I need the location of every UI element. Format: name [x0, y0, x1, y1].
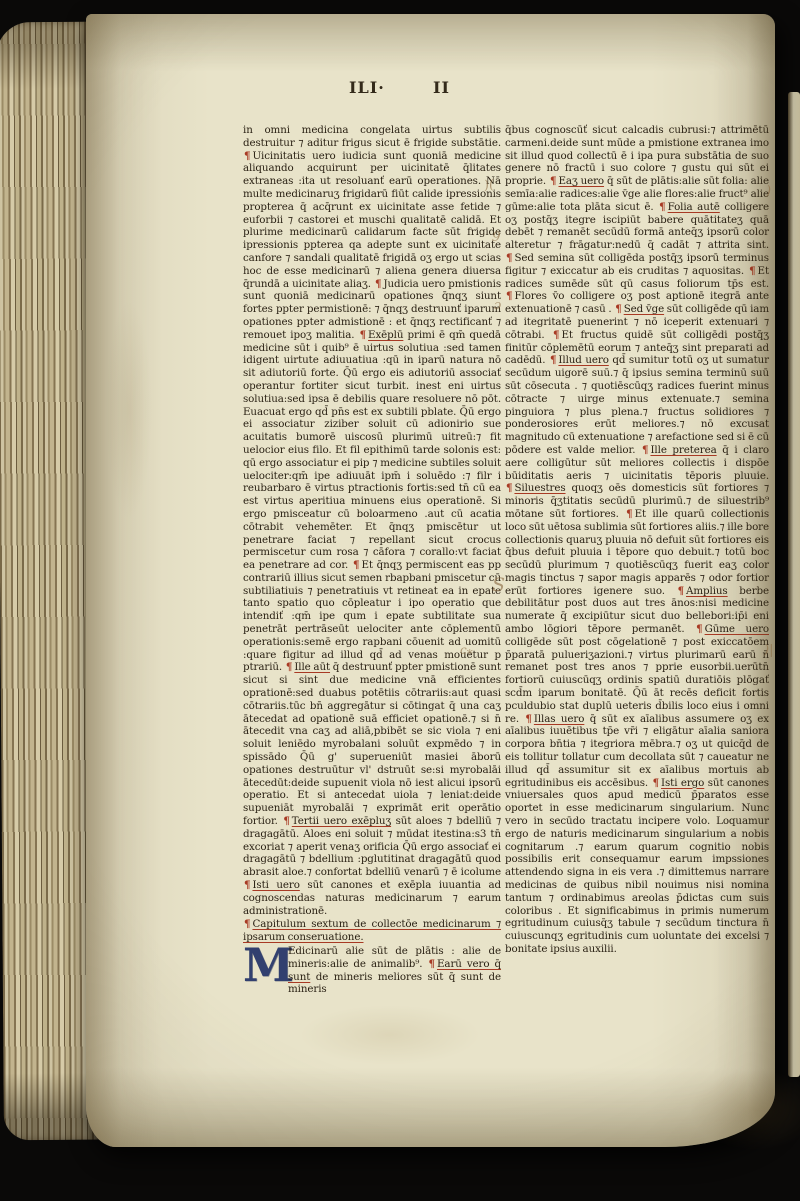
segment-lead: Exēplū — [368, 329, 403, 341]
segment-lead: Amplius — [686, 585, 728, 597]
marginalia-mark: S — [492, 574, 505, 596]
text-column-left: in omni medicina congelata uirtus subtil… — [243, 124, 501, 996]
text-segment: ¶Ille aūt q̄ destruunť ppter pmistionē s… — [243, 661, 501, 827]
pilcrow-mark: ¶ — [550, 175, 556, 187]
marginalia-mark: )| — [764, 643, 773, 658]
pilcrow-mark: ¶ — [642, 444, 648, 456]
folio-signature: ILI· — [349, 78, 385, 97]
segment-lead: Ille aūt — [294, 661, 330, 673]
segment-lead: Gūme uero — [705, 623, 769, 635]
chapter-opening-paragraph: MEdicinarū alie sūt de plātis : alie de … — [243, 945, 501, 996]
segment-text: colligēde sūt post cōgelationē ⁊ post ex… — [505, 636, 769, 725]
chapter-heading: ¶Capitulum sextum de collectōe medicinar… — [243, 918, 501, 944]
marginalia-mark: ) — [766, 184, 771, 199]
pilcrow-mark: ¶ — [283, 815, 289, 827]
marginalia-mark: )( — [483, 177, 495, 193]
segment-lead: Siluestres — [514, 482, 565, 494]
pilcrow-mark: ¶ — [244, 150, 250, 162]
pilcrow-mark: ¶ — [749, 265, 755, 277]
paper-stain — [300, 1005, 480, 1065]
segment-lead: Sed v̄ge — [624, 303, 664, 315]
paper-stain — [690, 1070, 800, 1150]
marginalia-mark: c⁎ — [460, 643, 473, 657]
book-page: ILI· II in omni medicina congelata uirtu… — [86, 14, 775, 1147]
pilcrow-mark: ¶ — [615, 303, 621, 315]
pilcrow-mark: ¶ — [286, 661, 292, 673]
chapter-title: Capitulum sextum de collectōe medicinaru… — [243, 918, 501, 943]
text-column-right: q̄bus cognoscūť sicut calcadis cubrusi:⁊… — [505, 124, 769, 956]
text-segment: ¶Tertii uero exēpluʒ sūt aloes ⁊ bdelliū… — [243, 815, 501, 878]
text-segment: ¶Et ille quarū collectionis loco sūt uēt… — [505, 508, 769, 597]
pilcrow-mark: ¶ — [244, 879, 250, 891]
segment-lead: Illas uero — [534, 713, 584, 725]
photo-background: ILI· II in omni medicina congelata uirtu… — [0, 0, 800, 1201]
pilcrow-mark: ¶ — [360, 329, 366, 341]
pilcrow-mark: ¶ — [525, 713, 531, 725]
pilcrow-mark: ¶ — [659, 201, 665, 213]
illuminated-initial: M — [243, 948, 285, 985]
marginalia-mark: 9 — [491, 230, 501, 246]
text-segment: in omni medicina congelata uirtus subtil… — [243, 124, 501, 149]
segment-lead: Folia autē — [668, 201, 720, 213]
folio-number: II — [433, 78, 450, 97]
pilcrow-mark: ¶ — [375, 278, 381, 290]
text-segment: ¶Isti ergo sūt canones vniuersales quos … — [505, 777, 769, 955]
text-segment: ¶Gūme uero colligēde sūt post cōgelation… — [505, 623, 769, 725]
pilcrow-mark: ¶ — [506, 290, 512, 302]
text-segment: ¶Uicinitatis uero iudicia sunt quoniā me… — [243, 150, 501, 290]
segment-lead: Isti ergo — [661, 777, 704, 789]
segment-lead: Illud uero — [558, 354, 608, 366]
paper-stain — [106, 300, 152, 520]
facing-page-edge — [788, 92, 800, 1077]
pilcrow-mark: ¶ — [696, 623, 702, 635]
segment-text: in omni medicina congelata uirtus subtil… — [243, 124, 501, 149]
text-segment: ¶Illud uero qd̄ sumitur totū oʒ ut sumat… — [505, 354, 769, 456]
segment-text: Uicinitatis uero iudicia sunt quoniā med… — [243, 150, 501, 290]
segment-text: Et ille quarū collectionis loco sūt uēto… — [505, 508, 769, 597]
segment-lead: Isti uero — [252, 879, 299, 891]
segment-text: primi ē qm̄ quedā medicine sūt i quib⁹ ē… — [243, 329, 501, 571]
pilcrow-mark: ¶ — [429, 958, 435, 970]
segment-text: sūt canones vniuersales quos apud medicū… — [505, 777, 769, 955]
segment-lead: Tertii uero exēpluʒ — [292, 815, 391, 827]
text-segment: ¶Isti uero sūt canones et exēpla iuuanti… — [243, 879, 501, 917]
pilcrow-mark: ¶ — [626, 508, 632, 520]
text-segment: ¶Exēplū primi ē qm̄ quedā medicine sūt i… — [243, 329, 501, 571]
marginalia-mark: ɔ — [494, 298, 501, 313]
pilcrow-mark: ¶ — [506, 482, 512, 494]
text-segment: ¶Sed semina sūt colligēda postq̄ʒ ipsorū… — [505, 252, 769, 277]
stacked-page-edges — [0, 22, 99, 1141]
pilcrow-mark: ¶ — [678, 585, 684, 597]
pilcrow-mark: ¶ — [550, 354, 556, 366]
segment-text: Sed semina sūt colligēda postq̄ʒ ipsorū … — [505, 252, 769, 277]
pilcrow-mark: ¶ — [506, 252, 512, 264]
segment-text: qd̄ sumitur totū oʒ ut sumatur secūdum u… — [505, 354, 769, 456]
pilcrow-mark: ¶ — [353, 559, 359, 571]
segment-text: q̄ destruunť ppter pmistionē sunt sicut … — [243, 661, 501, 827]
pilcrow-mark: ¶ — [553, 329, 559, 341]
segment-text: de mineris meliores sūt q̄ sunt de miner… — [288, 971, 501, 996]
segment-lead: Eaʒ uero — [558, 175, 604, 187]
pilcrow-mark: ¶ — [653, 777, 659, 789]
segment-lead: Ille preterea — [650, 444, 716, 456]
pilcrow-mark: ¶ — [244, 918, 250, 930]
